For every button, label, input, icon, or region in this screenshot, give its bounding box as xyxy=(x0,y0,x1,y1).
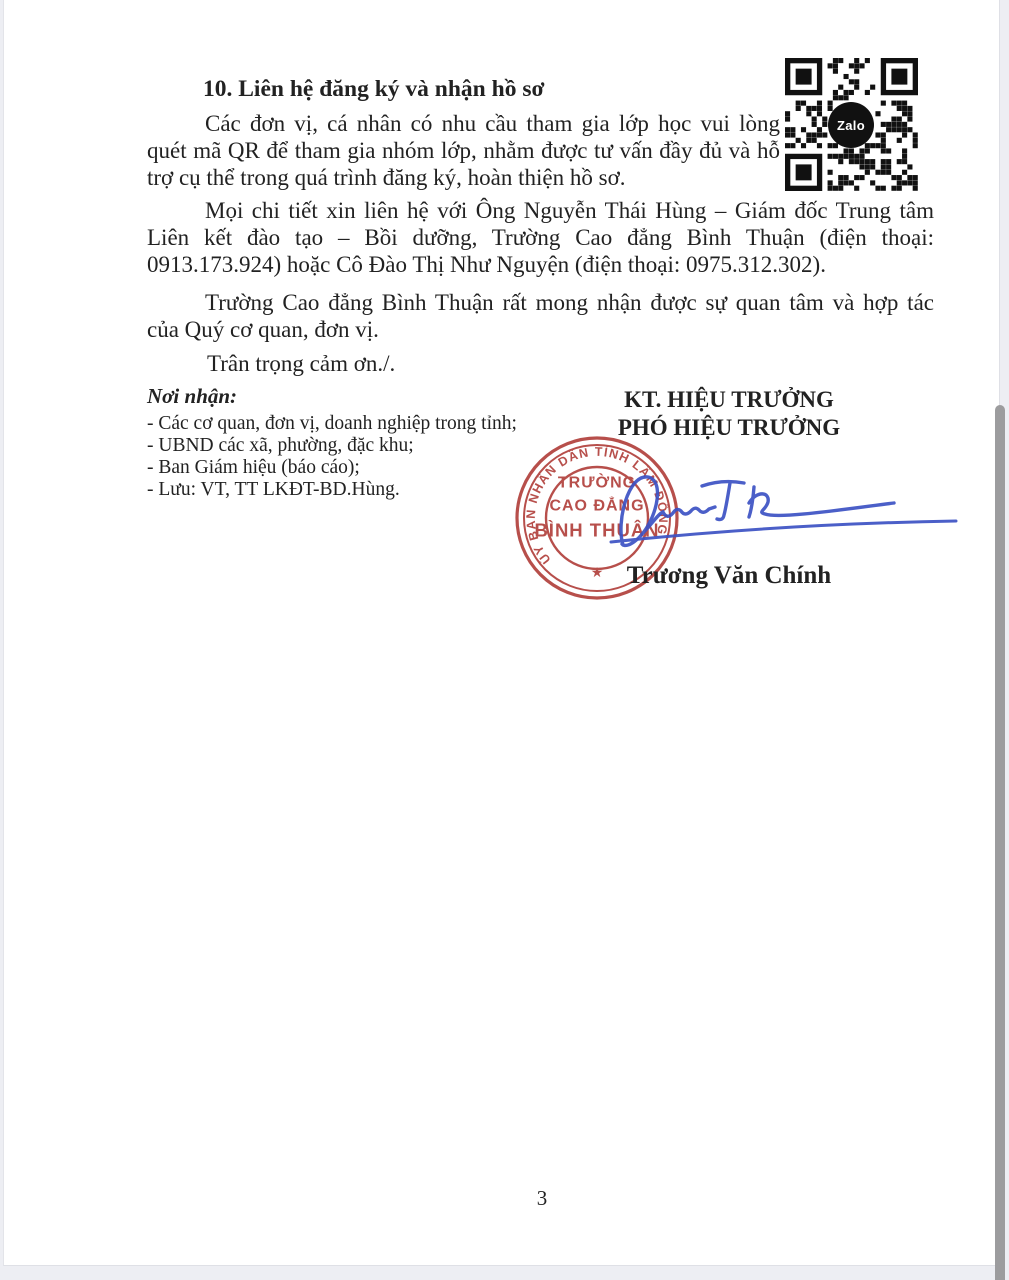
body-line: Mọi chi tiết xin liên hệ với Ông Nguyễn … xyxy=(147,197,934,224)
body-line: của Quý cơ quan, đơn vị. xyxy=(147,316,934,343)
recipient-item: - Ban Giám hiệu (báo cáo); xyxy=(147,457,567,479)
zalo-logo-label: Zalo xyxy=(837,118,865,133)
handwritten-signature xyxy=(596,452,968,556)
page-number: 3 xyxy=(147,1186,937,1211)
body-line: trợ cụ thể trong quá trình đăng ký, hoàn… xyxy=(147,164,780,191)
body-line: 0913.173.924) hoặc Cô Đào Thị Như Nguyện… xyxy=(147,251,934,278)
signer-title-1: KT. HIỆU TRƯỞNG xyxy=(564,386,894,414)
recipient-item: - Các cơ quan, đơn vị, doanh nghiệp tron… xyxy=(147,413,567,435)
zalo-qr-code: Zalo xyxy=(785,58,918,192)
body-line: Các đơn vị, cá nhân có nhu cầu tham gia … xyxy=(147,110,780,137)
recipient-item: - Lưu: VT, TT LKĐT-BD.Hùng. xyxy=(147,479,567,501)
signer-name: Trương Văn Chính xyxy=(564,562,894,590)
scrollbar-thumb[interactable] xyxy=(995,405,1005,1280)
paragraph-regards: Trường Cao đẳng Bình Thuận rất mong nhận… xyxy=(147,289,934,343)
paragraph-intro: Các đơn vị, cá nhân có nhu cầu tham gia … xyxy=(147,110,780,191)
signature-strokes xyxy=(596,452,968,556)
recipients-block: Nơi nhận: - Các cơ quan, đơn vị, doanh n… xyxy=(147,384,567,501)
document-viewer: 10. Liên hệ đăng ký và nhận hồ sơ Các đơ… xyxy=(0,0,1009,1280)
document-page: 10. Liên hệ đăng ký và nhận hồ sơ Các đơ… xyxy=(3,0,1000,1266)
body-line: Trường Cao đẳng Bình Thuận rất mong nhận… xyxy=(147,289,934,316)
recipients-label: Nơi nhận: xyxy=(147,384,567,409)
closing-line: Trân trọng cảm ơn./. xyxy=(207,351,395,377)
zalo-logo-badge: Zalo xyxy=(828,102,874,148)
body-line: quét mã QR để tham gia nhóm lớp, nhằm đư… xyxy=(147,137,780,164)
body-line: Liên kết đào tạo – Bồi dưỡng, Trường Cao… xyxy=(147,224,934,251)
section-heading: 10. Liên hệ đăng ký và nhận hồ sơ xyxy=(203,76,544,103)
paragraph-contact: Mọi chi tiết xin liên hệ với Ông Nguyễn … xyxy=(147,197,934,278)
recipient-item: - UBND các xã, phường, đặc khu; xyxy=(147,435,567,457)
